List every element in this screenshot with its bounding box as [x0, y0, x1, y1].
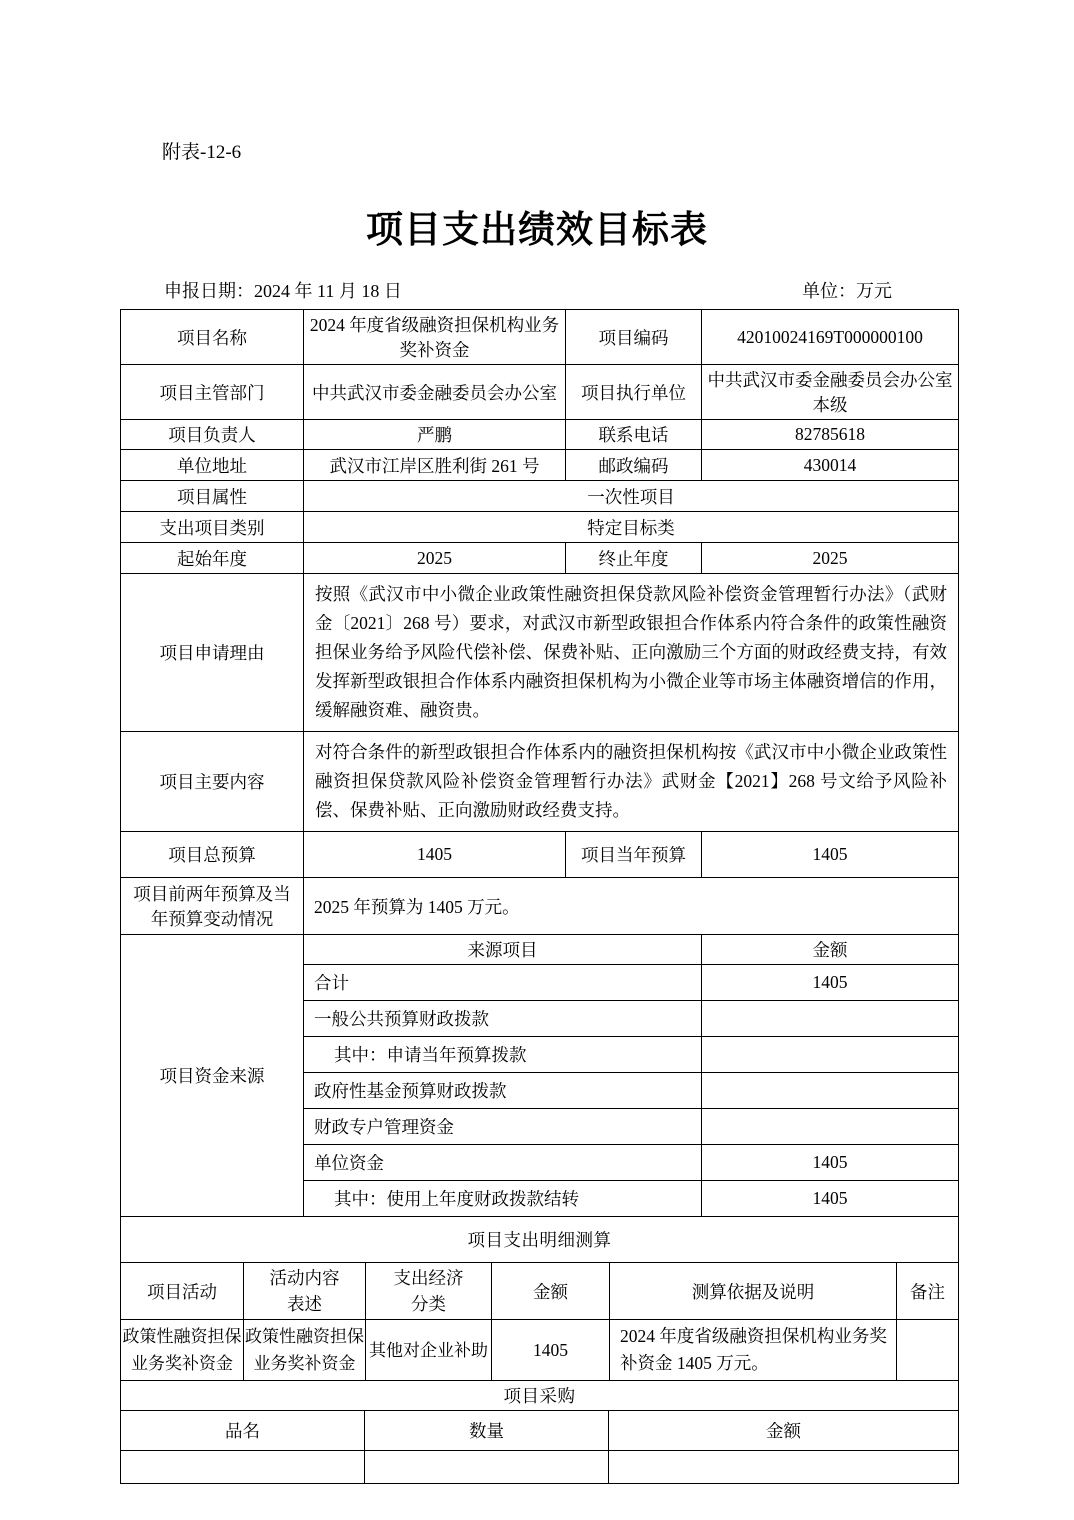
table-row: 项目资金来源 来源项目 金额: [121, 935, 959, 965]
dept-value: 中共武汉市委金融委员会办公室: [304, 365, 566, 420]
table-row: 支出项目类别 特定目标类: [121, 512, 959, 543]
procurement-col-name: 品名: [121, 1411, 365, 1451]
unit-label: 单位：万元: [802, 277, 892, 303]
table-row: 项目主管部门 中共武汉市委金融委员会办公室 项目执行单位 中共武汉市委金融委员会…: [121, 365, 959, 420]
procurement-col-amount: 金额: [609, 1411, 959, 1451]
funding-row-amount: [702, 1073, 959, 1109]
address-value: 武汉市江岸区胜利街 261 号: [304, 450, 566, 481]
funding-row-label: 其中：申请当年预算拨款: [304, 1037, 702, 1073]
main-content-label: 项目主要内容: [121, 732, 304, 832]
detail-table: 项目支出明细测算 项目活动 活动内容 表述 支出经济 分类 金额 测算依据及说明…: [120, 1216, 959, 1381]
current-budget-label: 项目当年预算: [566, 832, 702, 878]
procurement-section-title: 项目采购: [121, 1381, 959, 1411]
detail-col-remark: 备注: [897, 1263, 959, 1320]
exec-unit-label: 项目执行单位: [566, 365, 702, 420]
funding-row-amount: [702, 1109, 959, 1145]
table-row: 项目负责人 严鹏 联系电话 82785618: [121, 420, 959, 450]
dept-label: 项目主管部门: [121, 365, 304, 420]
empty-cell: [609, 1451, 959, 1484]
table-row: 项目总预算 1405 项目当年预算 1405: [121, 832, 959, 878]
budget-history-label: 项目前两年预算及当年预算变动情况: [121, 878, 304, 935]
attribute-label: 项目属性: [121, 481, 304, 512]
detail-col-activity-desc: 活动内容 表述: [244, 1263, 366, 1320]
funding-row-label: 政府性基金预算财政拨款: [304, 1073, 702, 1109]
table-row: 项目申请理由 按照《武汉市中小微企业政策性融资担保贷款风险补偿资金管理暂行办法》…: [121, 574, 959, 732]
procurement-empty-row: [121, 1451, 959, 1484]
funding-row-amount: 1405: [702, 1181, 959, 1217]
table-row: 项目支出明细测算: [121, 1217, 959, 1263]
declare-date: 申报日期：2024 年 11 月 18 日: [164, 277, 402, 303]
postcode-value: 430014: [702, 450, 959, 481]
category-value: 特定目标类: [304, 512, 959, 543]
funding-row-amount: [702, 1001, 959, 1037]
detail-econ-class: 其他对企业补助: [366, 1320, 492, 1381]
table-row: 项目前两年预算及当年预算变动情况 2025 年预算为 1405 万元。: [121, 878, 959, 935]
current-budget-value: 1405: [702, 832, 959, 878]
detail-section-title: 项目支出明细测算: [121, 1217, 959, 1263]
address-label: 单位地址: [121, 450, 304, 481]
table-row: 品名 数量 金额: [121, 1411, 959, 1451]
page-title: 项目支出绩效目标表: [0, 199, 1074, 253]
funding-row-label: 其中：使用上年度财政拨款结转: [304, 1181, 702, 1217]
attribute-value: 一次性项目: [304, 481, 959, 512]
detail-amount: 1405: [492, 1320, 610, 1381]
main-content-text: 对符合条件的新型政银担合作体系内的融资担保机构按《武汉市中小微企业政策性融资担保…: [304, 732, 959, 832]
doc-number: 附表-12-6: [162, 0, 1074, 165]
detail-activity: 政策性融资担保业务奖补资金: [121, 1320, 244, 1381]
document-page: 附表-12-6 项目支出绩效目标表 申报日期：2024 年 11 月 18 日 …: [0, 0, 1074, 1520]
funding-source-header: 来源项目: [304, 935, 702, 965]
funding-row-label: 一般公共预算财政拨款: [304, 1001, 702, 1037]
empty-cell: [365, 1451, 609, 1484]
project-code-value: 42010024169T000000100: [702, 310, 959, 365]
funding-row-label: 单位资金: [304, 1145, 702, 1181]
funding-amount-header: 金额: [702, 935, 959, 965]
reason-label: 项目申请理由: [121, 574, 304, 732]
procurement-table: 项目采购 品名 数量 金额: [120, 1380, 959, 1484]
detail-remark: [897, 1320, 959, 1381]
funding-row-amount: 1405: [702, 1145, 959, 1181]
budget-history-value: 2025 年预算为 1405 万元。: [304, 878, 959, 935]
reason-text: 按照《武汉市中小微企业政策性融资担保贷款风险补偿资金管理暂行办法》（武财金〔20…: [304, 574, 959, 732]
phone-label: 联系电话: [566, 420, 702, 450]
detail-basis: 2024 年度省级融资担保机构业务奖补资金 1405 万元。: [610, 1320, 897, 1381]
start-year-value: 2025: [304, 543, 566, 574]
detail-col-econ-class: 支出经济 分类: [366, 1263, 492, 1320]
project-name-label: 项目名称: [121, 310, 304, 365]
end-year-label: 终止年度: [566, 543, 702, 574]
table-row: 项目主要内容 对符合条件的新型政银担合作体系内的融资担保机构按《武汉市中小微企业…: [121, 732, 959, 832]
funding-row-label: 财政专户管理资金: [304, 1109, 702, 1145]
funding-row-label: 合计: [304, 965, 702, 1001]
detail-col-activity: 项目活动: [121, 1263, 244, 1320]
funding-section-label: 项目资金来源: [121, 935, 304, 1217]
total-budget-label: 项目总预算: [121, 832, 304, 878]
detail-activity-desc: 政策性融资担保业务奖补资金: [244, 1320, 366, 1381]
detail-col-amount: 金额: [492, 1263, 610, 1320]
leader-label: 项目负责人: [121, 420, 304, 450]
table-row: 项目活动 活动内容 表述 支出经济 分类 金额 测算依据及说明 备注: [121, 1263, 959, 1320]
exec-unit-value: 中共武汉市委金融委员会办公室本级: [702, 365, 959, 420]
basic-info-table: 项目名称 2024 年度省级融资担保机构业务奖补资金 项目编码 42010024…: [120, 309, 959, 1217]
project-code-label: 项目编码: [566, 310, 702, 365]
total-budget-value: 1405: [304, 832, 566, 878]
leader-value: 严鹏: [304, 420, 566, 450]
funding-row-amount: 1405: [702, 965, 959, 1001]
table-row: 单位地址 武汉市江岸区胜利街 261 号 邮政编码 430014: [121, 450, 959, 481]
detail-row: 政策性融资担保业务奖补资金 政策性融资担保业务奖补资金 其他对企业补助 1405…: [121, 1320, 959, 1381]
table-row: 起始年度 2025 终止年度 2025: [121, 543, 959, 574]
table-row: 项目属性 一次性项目: [121, 481, 959, 512]
end-year-value: 2025: [702, 543, 959, 574]
category-label: 支出项目类别: [121, 512, 304, 543]
project-name-value: 2024 年度省级融资担保机构业务奖补资金: [304, 310, 566, 365]
start-year-label: 起始年度: [121, 543, 304, 574]
table-row: 项目名称 2024 年度省级融资担保机构业务奖补资金 项目编码 42010024…: [121, 310, 959, 365]
table-row: 项目采购: [121, 1381, 959, 1411]
meta-row: 申报日期：2024 年 11 月 18 日 单位：万元: [120, 277, 958, 303]
postcode-label: 邮政编码: [566, 450, 702, 481]
funding-row-amount: [702, 1037, 959, 1073]
detail-col-basis: 测算依据及说明: [610, 1263, 897, 1320]
procurement-col-quantity: 数量: [365, 1411, 609, 1451]
phone-value: 82785618: [702, 420, 959, 450]
empty-cell: [121, 1451, 365, 1484]
